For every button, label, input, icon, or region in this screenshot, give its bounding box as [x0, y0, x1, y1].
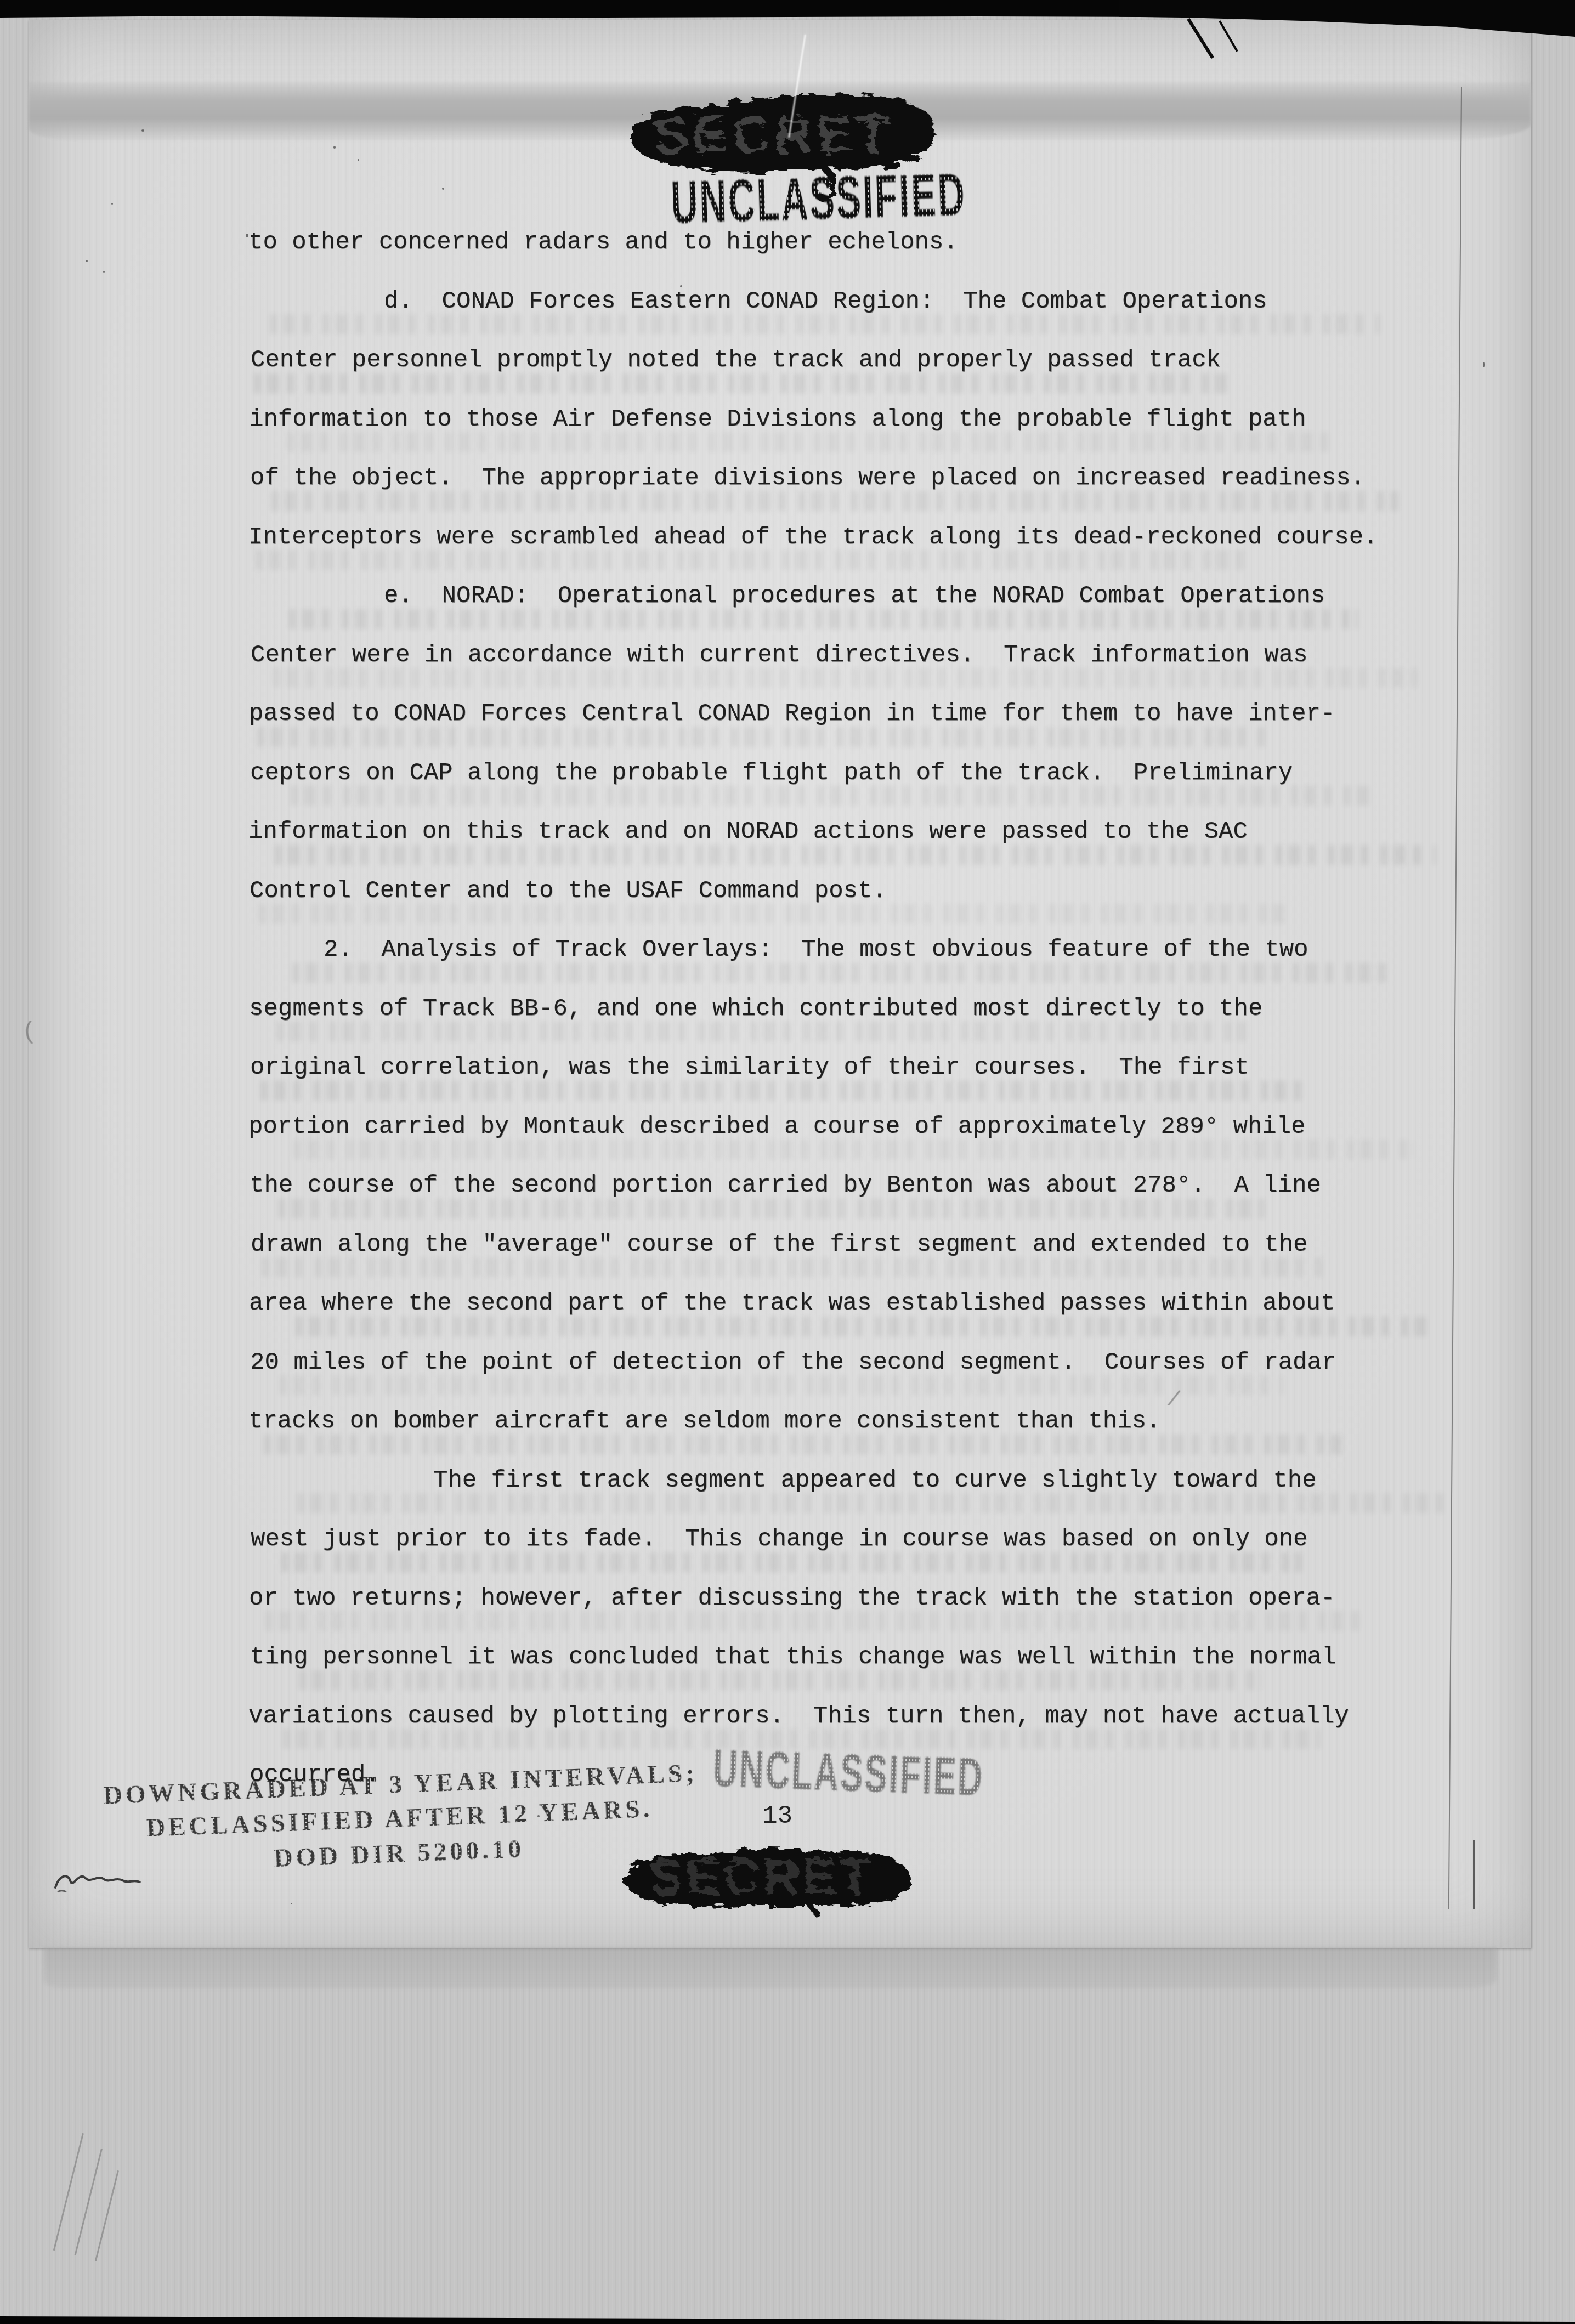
show-through-ghost-line [271, 491, 1398, 511]
downgrade-stamp-line: DOD DIR 5200.10 [274, 1836, 525, 1872]
dust-speck [1483, 362, 1485, 367]
typed-line: Center personnel promptly noted the trac… [251, 348, 1221, 372]
secret-stamp-bottom-text: SECRET [649, 1849, 874, 1905]
typed-line: The first track segment appeared to curv… [433, 1469, 1317, 1493]
dust-speck [291, 1903, 292, 1904]
handwritten-scribble [52, 1866, 145, 1898]
show-through-ghost-line [281, 1552, 1302, 1572]
show-through-ghost-line [254, 373, 1231, 393]
show-through-ghost-line [260, 1081, 1305, 1101]
dust-speck [358, 159, 359, 161]
stray-mark: ( [21, 1018, 37, 1047]
scan-artifact-band-bottom [44, 1948, 1497, 1988]
typed-line: information on this track and on NORAD a… [248, 820, 1248, 844]
show-through-ghost-line [299, 1670, 1261, 1690]
show-through-ghost-line [276, 1022, 1246, 1041]
show-through-ghost-line [257, 727, 1268, 747]
dust-speck [103, 271, 105, 273]
typed-line: ceptors on CAP along the probable flight… [250, 761, 1293, 785]
unclassified-stamp-bottom: UNCLASSIFIED [712, 1743, 985, 1805]
show-through-ghost-line [291, 786, 1376, 806]
typed-line: original correlation, was the similarity… [250, 1056, 1249, 1080]
dust-speck [333, 146, 336, 149]
typed-line: portion carried by Montauk described a c… [248, 1115, 1306, 1139]
typed-line: to other concerned radars and to higher … [248, 230, 958, 254]
show-through-ghost-line [262, 1257, 1324, 1277]
show-through-ghost-line [275, 845, 1436, 865]
show-through-ghost-line [273, 668, 1417, 688]
scanned-document-page: SECRET UNCLASSIFIED UNCLASSIFIED 13 DOWN… [0, 0, 1575, 2324]
dust-speck [442, 188, 444, 190]
show-through-ghost-line [264, 1435, 1342, 1454]
typed-line: variations caused by plotting errors. Th… [248, 1704, 1349, 1728]
dust-speck [86, 260, 88, 262]
typed-line: occurred. [250, 1763, 380, 1787]
typed-line: west just prior to its fade. This change… [251, 1527, 1308, 1551]
show-through-ghost-line [289, 609, 1358, 629]
typed-line: the course of the second portion carried… [250, 1174, 1321, 1198]
typed-line: segments of Track BB-6, and one which co… [249, 997, 1262, 1021]
typed-line: information to those Air Defense Divisio… [249, 407, 1306, 432]
typed-line: Interceptors were scrambled ahead of the… [248, 525, 1378, 549]
show-through-ghost-line [296, 1317, 1432, 1336]
unclassified-stamp-top: UNCLASSIFIED [670, 165, 967, 233]
margin-pencil-line-dark [1473, 1840, 1475, 1909]
typed-line: of the object. The appropriate divisions… [250, 466, 1365, 490]
show-through-ghost-line [256, 550, 1249, 570]
typed-line: passed to CONAD Forces Central CONAD Reg… [249, 702, 1335, 726]
typed-line: Center were in accordance with current d… [251, 643, 1308, 667]
typed-line: 2. Analysis of Track Overlays: The most … [324, 938, 1308, 962]
dust-speck [141, 129, 144, 132]
secret-stamp-bottom-redacted: SECRET [615, 1836, 922, 1918]
show-through-ghost-line [278, 1199, 1265, 1218]
typed-line: e. NORAD: Operational procedures at the … [384, 584, 1325, 608]
show-through-ghost-line [297, 1493, 1451, 1513]
dust-speck [680, 285, 682, 287]
secret-stamp-top-text: SECRET [653, 105, 893, 164]
typed-line: d. CONAD Forces Eastern CONAD Region: Th… [384, 290, 1267, 314]
typed-line: 20 miles of the point of detection of th… [250, 1351, 1336, 1375]
show-through-ghost-line [292, 963, 1395, 983]
typed-line: area where the second part of the track … [249, 1291, 1335, 1316]
show-through-ghost-line [265, 1611, 1361, 1631]
page-number: 13 [762, 1802, 792, 1830]
show-through-ghost-line [259, 904, 1287, 923]
dust-speck [246, 234, 248, 237]
typed-line: ting personnel it was concluded that thi… [250, 1645, 1336, 1669]
typed-line: or two returns; however, after discussin… [249, 1586, 1335, 1611]
show-through-ghost-line [294, 1140, 1414, 1159]
typed-line: Control Center and to the USAF Command p… [250, 879, 887, 903]
show-through-ghost-line [283, 1729, 1321, 1749]
typed-line: tracks on bomber aircraft are seldom mor… [248, 1409, 1160, 1433]
dust-speck [537, 1815, 540, 1817]
show-through-ghost-line [287, 432, 1339, 452]
typed-line: drawn along the "average" course of the … [251, 1233, 1308, 1257]
dust-speck [111, 203, 113, 205]
show-through-ghost-line [280, 1375, 1283, 1395]
show-through-ghost-line [270, 314, 1380, 334]
